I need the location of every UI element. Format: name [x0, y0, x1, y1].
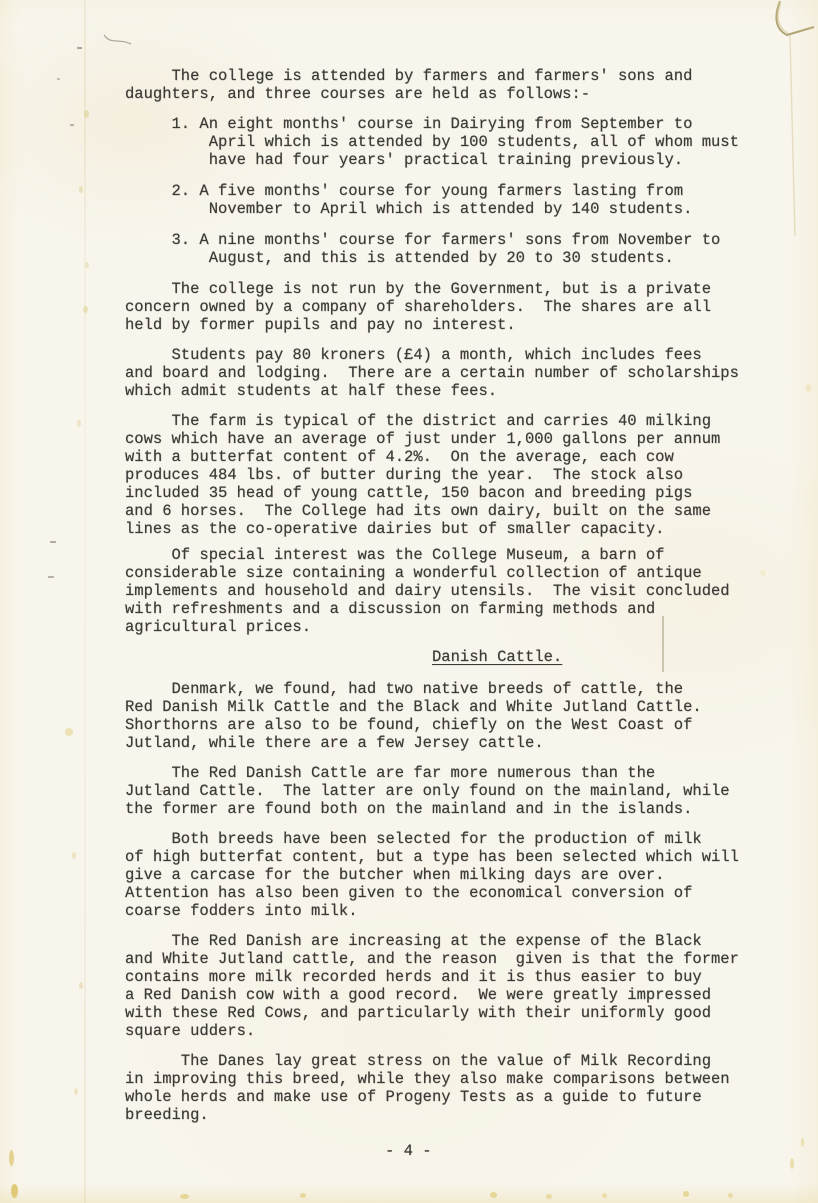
document-page: The college is attended by farmers and f…	[0, 0, 818, 1203]
text-line: Of special interest was the College Muse…	[125, 546, 818, 564]
paragraph: The Red Danish are increasing at the exp…	[125, 932, 818, 1040]
text-line: breeding.	[125, 1106, 818, 1124]
paragraph: The Red Danish Cattle are far more numer…	[125, 764, 818, 818]
stain-dot	[79, 982, 83, 989]
stain-dot	[180, 1194, 189, 1199]
stain-dot	[546, 1194, 552, 1199]
section-heading-text: Danish Cattle.	[432, 648, 562, 666]
stain-dot	[300, 1193, 306, 1198]
stain-dot	[728, 1193, 733, 1198]
text-line: 3. A nine months' course for farmers' so…	[125, 231, 818, 249]
stain-dot	[74, 1088, 78, 1095]
text-line: Attention has also been given to the eco…	[125, 884, 818, 902]
stain-dot	[84, 110, 89, 118]
text-line: have had four years' practical training …	[125, 151, 818, 169]
text-line: The Danes lay great stress on the value …	[125, 1052, 818, 1070]
text-line: considerable size containing a wonderful…	[125, 564, 818, 582]
text-line: with a butterfat content of 4.2%. On the…	[125, 448, 818, 466]
stain-dot	[72, 852, 76, 859]
text-line: whole herds and make use of Progeny Test…	[125, 1088, 818, 1106]
text-line: agricultural prices.	[125, 618, 818, 636]
text-line: Shorthorns are also to be found, chiefly…	[125, 716, 818, 734]
text-line: 2. A five months' course for young farme…	[125, 182, 818, 200]
typewritten-text: The college is attended by farmers and f…	[125, 0, 818, 1160]
text-line: August, and this is attended by 20 to 30…	[125, 249, 818, 267]
stain-dot	[83, 306, 88, 313]
page-number: - 4 -	[385, 1142, 818, 1160]
stain-dot	[11, 1184, 18, 1198]
ink-speck	[70, 124, 74, 126]
text-line: the former are found both on the mainlan…	[125, 800, 818, 818]
text-line: and board and lodging. There are a certa…	[125, 364, 818, 382]
left-crease-line	[84, 0, 86, 1203]
ink-speck	[57, 78, 60, 80]
text-line: included 35 head of young cattle, 150 ba…	[125, 484, 818, 502]
text-line: The Red Danish Cattle are far more numer…	[125, 764, 818, 782]
text-line: April which is attended by 100 students,…	[125, 133, 818, 151]
ink-speck	[48, 576, 54, 578]
text-line: concern owned by a company of shareholde…	[125, 298, 818, 316]
text-line: Both breeds have been selected for the p…	[125, 830, 818, 848]
text-line: contains more milk recorded herds and it…	[125, 968, 818, 986]
text-line: Red Danish Milk Cattle and the Black and…	[125, 698, 818, 716]
text-line: which admit students at half these fees.	[125, 382, 818, 400]
ink-speck	[77, 47, 82, 49]
stain-dot	[602, 1193, 607, 1198]
text-line: cows which have an average of just under…	[125, 430, 818, 448]
paragraph: The college is attended by farmers and f…	[125, 67, 818, 103]
stain-dot	[683, 1191, 689, 1197]
stain-dot	[9, 1150, 14, 1166]
text-line: a Red Danish cow with a good record. We …	[125, 986, 818, 1004]
text-line: in improving this breed, while they also…	[125, 1070, 818, 1088]
text-line: coarse fodders into milk.	[125, 902, 818, 920]
text-line: Students pay 80 kroners (£4) a month, wh…	[125, 346, 818, 364]
paragraph: The college is not run by the Government…	[125, 280, 818, 334]
paragraph: Students pay 80 kroners (£4) a month, wh…	[125, 346, 818, 400]
stain-dot	[85, 262, 89, 268]
text-line: The college is attended by farmers and f…	[125, 67, 818, 85]
list-item: 2. A five months' course for young farme…	[125, 182, 818, 218]
text-line: lines as the co-operative dairies but of…	[125, 520, 818, 538]
paragraph: Denmark, we found, had two native breeds…	[125, 680, 818, 752]
section-heading: Danish Cattle.	[125, 648, 818, 666]
text-line: Jutland Cattle. The latter are only foun…	[125, 782, 818, 800]
text-line: November to April which is attended by 1…	[125, 200, 818, 218]
paragraph: The Danes lay great stress on the value …	[125, 1052, 818, 1124]
text-line: give a carcase for the butcher when milk…	[125, 866, 818, 884]
text-line: with refreshments and a discussion on fa…	[125, 600, 818, 618]
text-line: The farm is typical of the district and …	[125, 412, 818, 430]
text-line: and 6 horses. The College had its own da…	[125, 502, 818, 520]
text-line: Jutland, while there are a few Jersey ca…	[125, 734, 818, 752]
paragraph: Of special interest was the College Muse…	[125, 546, 818, 636]
text-line: square udders.	[125, 1022, 818, 1040]
text-line: Denmark, we found, had two native breeds…	[125, 680, 818, 698]
stain-dot	[65, 728, 73, 736]
paragraph: Both breeds have been selected for the p…	[125, 830, 818, 920]
text-line: The college is not run by the Government…	[125, 280, 818, 298]
text-line: held by former pupils and pay no interes…	[125, 316, 818, 334]
list-item: 1. An eight months' course in Dairying f…	[125, 115, 818, 169]
text-line: 1. An eight months' course in Dairying f…	[125, 115, 818, 133]
text-line: and White Jutland cattle, and the reason…	[125, 950, 818, 968]
text-line: daughters, and three courses are held as…	[125, 85, 818, 103]
text-line: with these Red Cows, and particularly wi…	[125, 1004, 818, 1022]
stain-dot	[77, 420, 81, 427]
stain-dot	[79, 186, 83, 193]
text-line: The Red Danish are increasing at the exp…	[125, 932, 818, 950]
list-item: 3. A nine months' course for farmers' so…	[125, 231, 818, 267]
ink-speck	[50, 541, 56, 543]
stain-dot	[490, 1192, 497, 1198]
text-line: of high butterfat content, but a type ha…	[125, 848, 818, 866]
text-line: implements and household and dairy utens…	[125, 582, 818, 600]
text-line: produces 484 lbs. of butter during the y…	[125, 466, 818, 484]
paragraph: The farm is typical of the district and …	[125, 412, 818, 538]
